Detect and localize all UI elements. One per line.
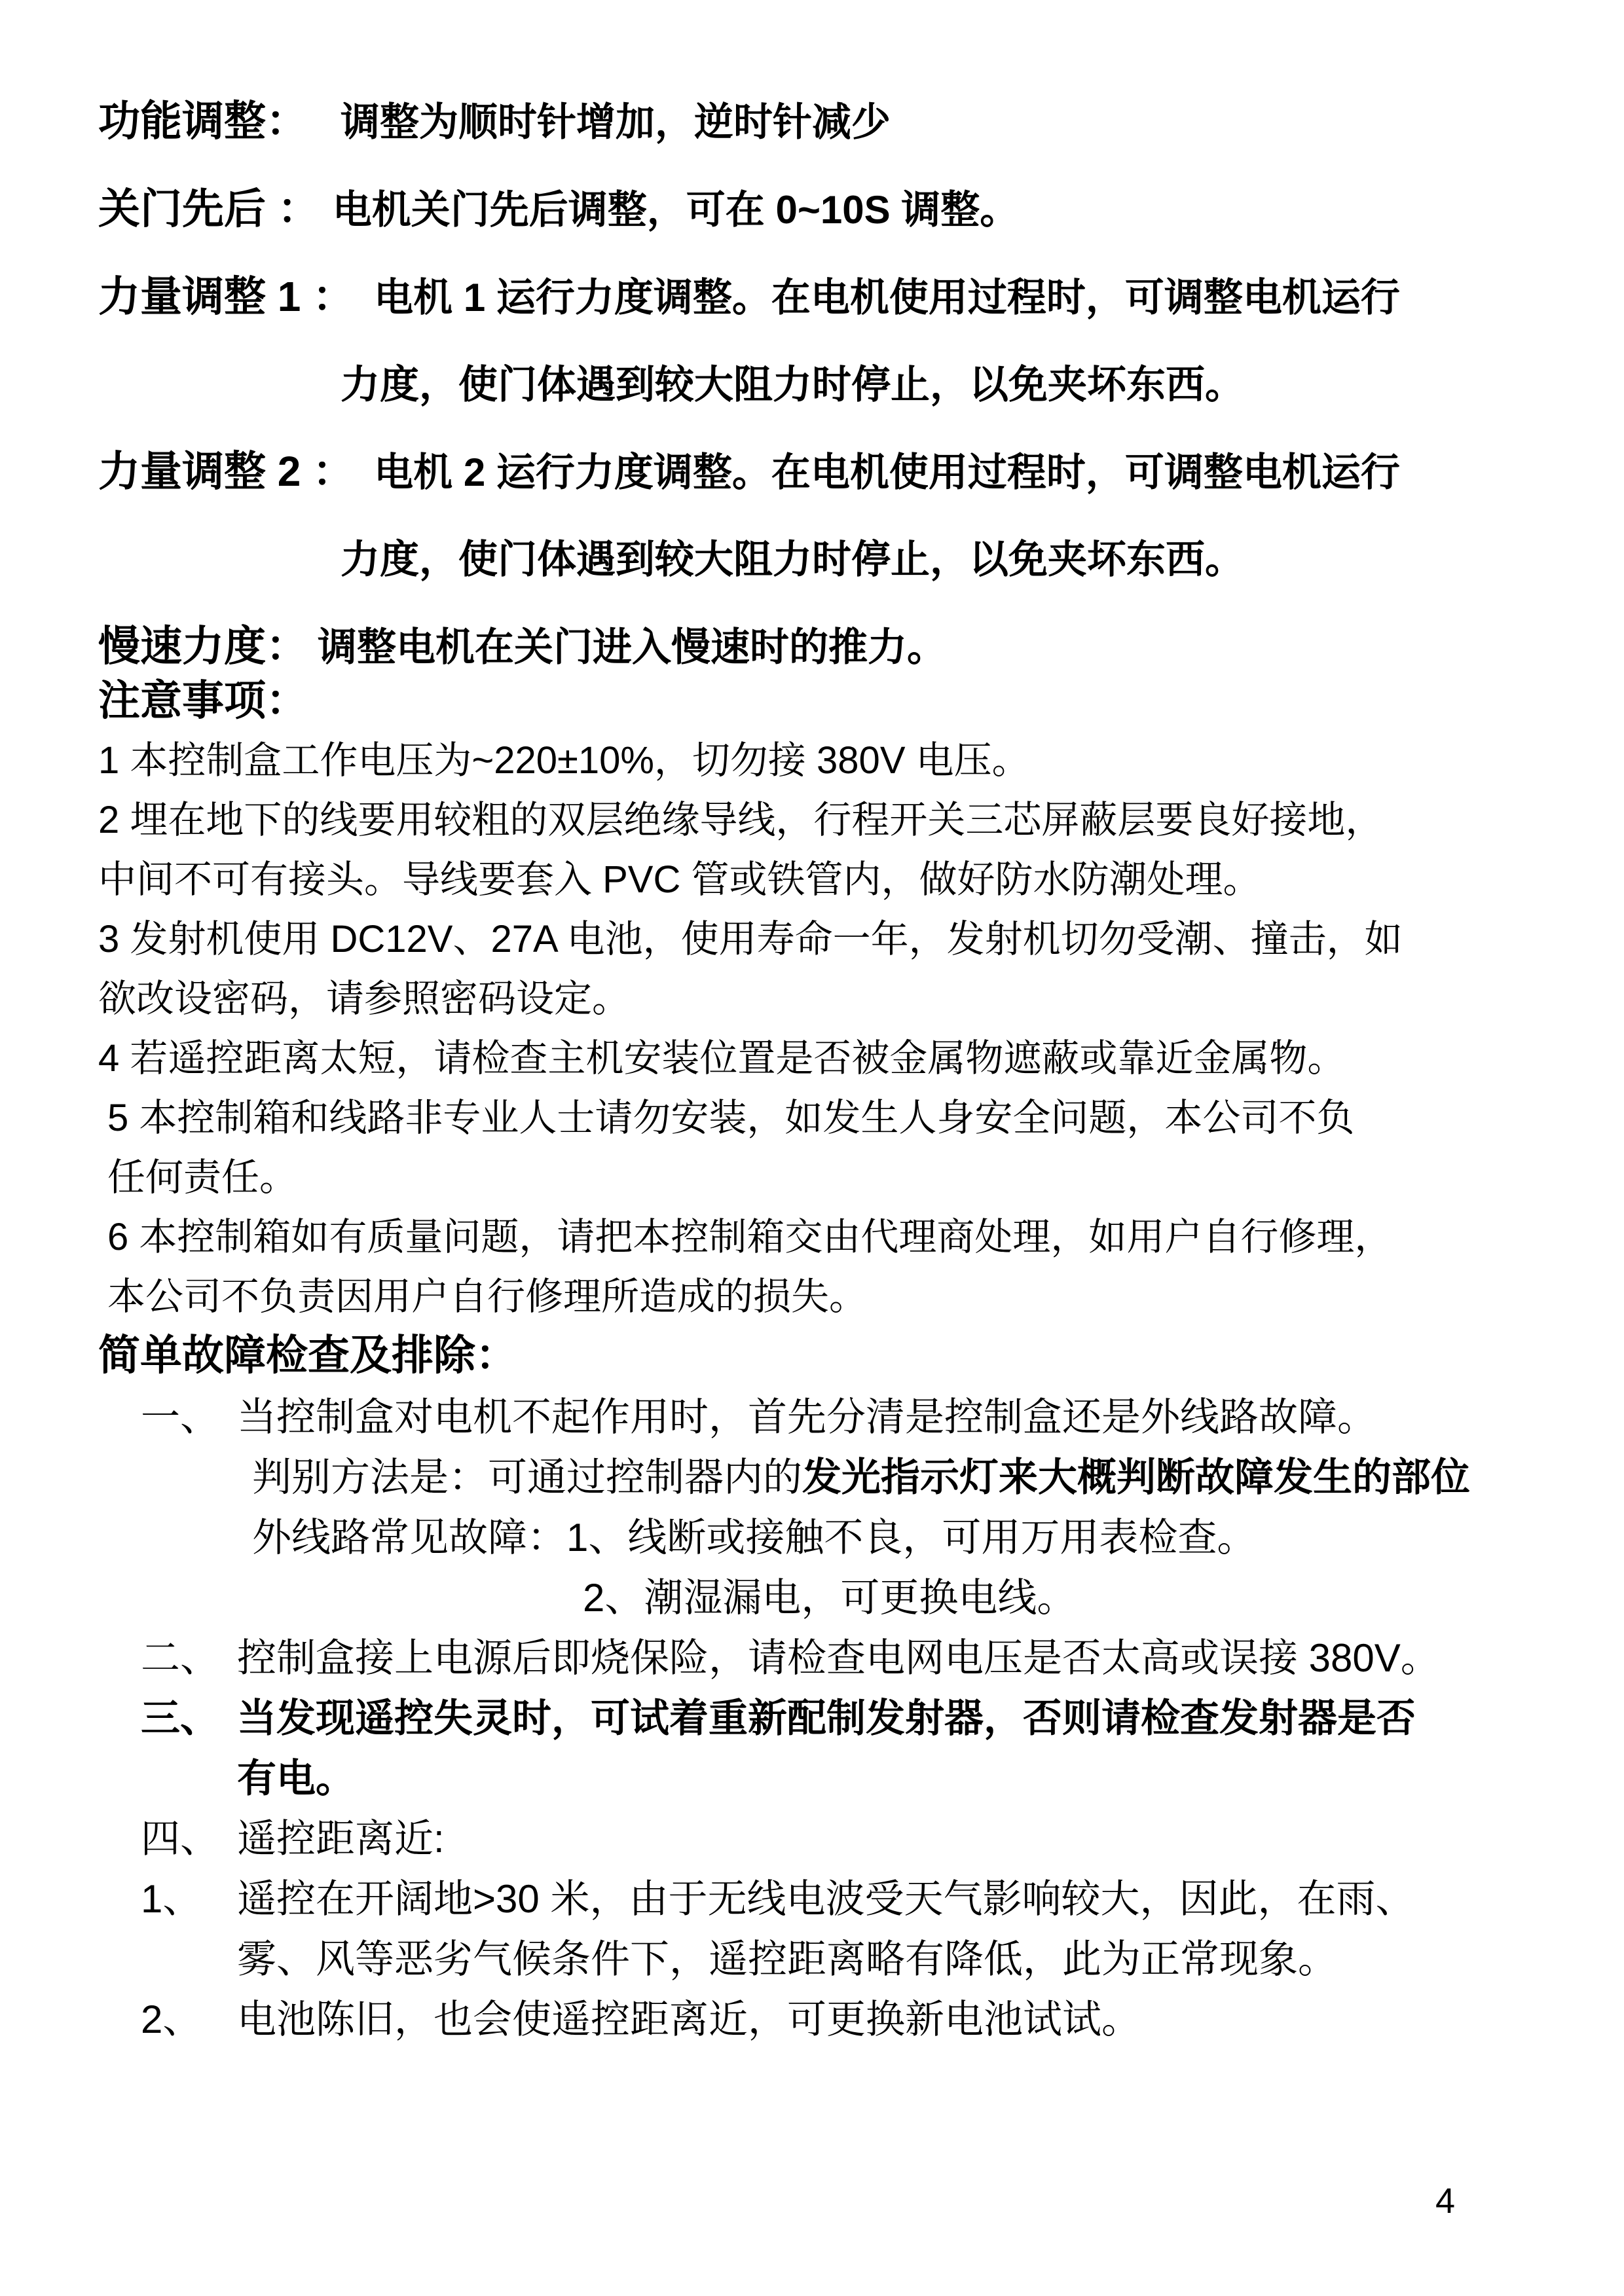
fault-item-text: 遥控在开阔地>30 米，由于无线电波受天气影响较大，因此，在雨、: [237, 1877, 1414, 1921]
troubleshooting-section: 一、当控制盒对电机不起作用时，首先分清是控制盒还是外线路故障。 判别方法是：可通…: [0, 1387, 1624, 2050]
adjustment-line-force-1-cont: 力度，使门体遇到较大阻力时停止，以免夹坏东西。: [98, 346, 1624, 433]
adjustment-text: 电机关门先后调整，可在 0~10S 调整。: [333, 188, 1020, 232]
fault-item-text: 控制盒接上电源后即烧保险，请检查电网电压是否太高或误接 380V。: [237, 1636, 1440, 1680]
fault-item-2: 二、控制盒接上电源后即烧保险，请检查电网电压是否太高或误接 380V。: [0, 1628, 1624, 1688]
note-line-3-cont: 欲改设密码，请参照密码设定。: [98, 969, 1624, 1029]
adjustment-text: 调整为顺时针增加，逆时针减少: [341, 100, 891, 144]
fault-item-text: 遥控距离近:: [237, 1817, 445, 1861]
note-line-1: 1 本控制盒工作电压为~220±10%，切勿接 380V 电压。: [98, 731, 1624, 790]
fault-item-marker: 二、: [141, 1628, 237, 1688]
adjustment-line-force-2: 力量调整 2 ：电机 2 运行力度调整。在电机使用过程时，可调整电机运行: [98, 433, 1624, 521]
note-line-5: 5 本控制箱和线路非专业人士请勿安装，如发生人身安全问题，本公司不负: [107, 1088, 1624, 1148]
fault-item-text: 当发现遥控失灵时，可试着重新配制发射器，否则请检查发射器是否: [237, 1696, 1416, 1740]
note-line-2: 2 埋在地下的线要用较粗的双层绝缘导线，行程开关三芯屏蔽层要良好接地，: [98, 790, 1624, 850]
manual-page: 功能调整：调整为顺时针增加，逆时针减少 关门先后 ：电机关门先后调整，可在 0~…: [0, 0, 1624, 2296]
adjustment-text: 电机 2 运行力度调整。在电机使用过程时，可调整电机运行: [374, 450, 1400, 494]
adjustment-line-force-1: 力量调整 1 ：电机 1 运行力度调整。在电机使用过程时，可调整电机运行: [98, 259, 1624, 346]
fault-item-marker: 三、: [141, 1688, 237, 1749]
page-number: 4: [1435, 2181, 1455, 2221]
fault-item-1-external-2: 2、潮湿漏电，可更换电线。: [0, 1568, 1624, 1628]
fault-item-1-method: 判别方法是：可通过控制器内的发光指示灯来大概判断故障发生的部位: [0, 1448, 1624, 1508]
adjustment-text: 电机 1 运行力度调整。在电机使用过程时，可调整电机运行: [374, 276, 1400, 319]
fault-item-1-external: 外线路常见故障：1、线断或接触不良，可用万用表检查。: [0, 1508, 1624, 1568]
adjustment-section: 功能调整：调整为顺时针增加，逆时针减少 关门先后 ：电机关门先后调整，可在 0~…: [98, 83, 1624, 696]
adjustment-text: 力度，使门体遇到较大阻力时停止，以免夹坏东西。: [341, 538, 1244, 581]
adjustment-label: 关门先后 ：: [98, 185, 320, 232]
fault-item-3-cont: 有电。: [0, 1749, 1624, 1809]
fault-item-1: 一、当控制盒对电机不起作用时，首先分清是控制盒还是外线路故障。: [0, 1387, 1624, 1448]
fault-item-marker: 一、: [141, 1387, 237, 1448]
notes-heading: 注意事项：: [98, 660, 1624, 741]
adjustment-line-function: 功能调整：调整为顺时针增加，逆时针减少: [98, 83, 1624, 171]
fault-item-text: 当控制盒对电机不起作用时，首先分清是控制盒还是外线路故障。: [237, 1395, 1376, 1439]
fault-item-4: 四、遥控距离近:: [0, 1809, 1624, 1869]
note-line-4: 4 若遥控距离太短，请检查主机安装位置是否被金属物遮蔽或靠近金属物。: [98, 1029, 1624, 1088]
adjustment-line-close-order: 关门先后 ：电机关门先后调整，可在 0~10S 调整。: [98, 171, 1624, 259]
note-line-3: 3 发射机使用 DC12V、27A 电池，使用寿命一年，发射机切勿受潮、撞击，如: [98, 909, 1624, 969]
fault-item-marker: 1、: [141, 1869, 237, 1929]
fault-item-3: 三、当发现遥控失灵时，可试着重新配制发射器，否则请检查发射器是否: [0, 1688, 1624, 1749]
adjustment-line-force-2-cont: 力度，使门体遇到较大阻力时停止，以免夹坏东西。: [98, 521, 1624, 608]
adjustment-label: 力量调整 1 ：: [98, 273, 354, 320]
fault-item-text: 判别方法是：可通过控制器内的: [252, 1455, 802, 1499]
note-line-6: 6 本控制箱如有质量问题，请把本控制箱交由代理商处理，如用户自行修理，: [107, 1207, 1624, 1267]
notes-section: 1 本控制盒工作电压为~220±10%，切勿接 380V 电压。 2 埋在地下的…: [98, 731, 1624, 1326]
fault-item-marker: 四、: [141, 1809, 237, 1869]
fault-item-4-sub-1: 1、遥控在开阔地>30 米，由于无线电波受天气影响较大，因此，在雨、: [0, 1869, 1624, 1929]
note-line-2-cont: 中间不可有接头。导线要套入 PVC 管或铁管内，做好防水防潮处理。: [98, 850, 1624, 909]
fault-item-text-bold: 发光指示灯来大概判断故障发生的部位: [802, 1455, 1470, 1499]
adjustment-text: 力度，使门体遇到较大阻力时停止，以免夹坏东西。: [341, 363, 1244, 407]
adjustment-label: 力量调整 2 ：: [98, 448, 354, 495]
fault-item-4-sub-1-cont: 雾、风等恶劣气候条件下，遥控距离略有降低，此为正常现象。: [0, 1929, 1624, 1990]
adjustment-label: 功能调整：: [98, 98, 308, 145]
note-line-5-cont: 任何责任。: [107, 1148, 1624, 1207]
fault-item-4-sub-2: 2、电池陈旧，也会使遥控距离近，可更换新电池试试。: [0, 1990, 1624, 2050]
fault-item-marker: 2、: [141, 1990, 237, 2050]
troubleshooting-heading: 简单故障检查及排除：: [98, 1317, 1624, 1393]
fault-item-text: 电池陈旧，也会使遥控距离近，可更换新电池试试。: [237, 1997, 1141, 2041]
